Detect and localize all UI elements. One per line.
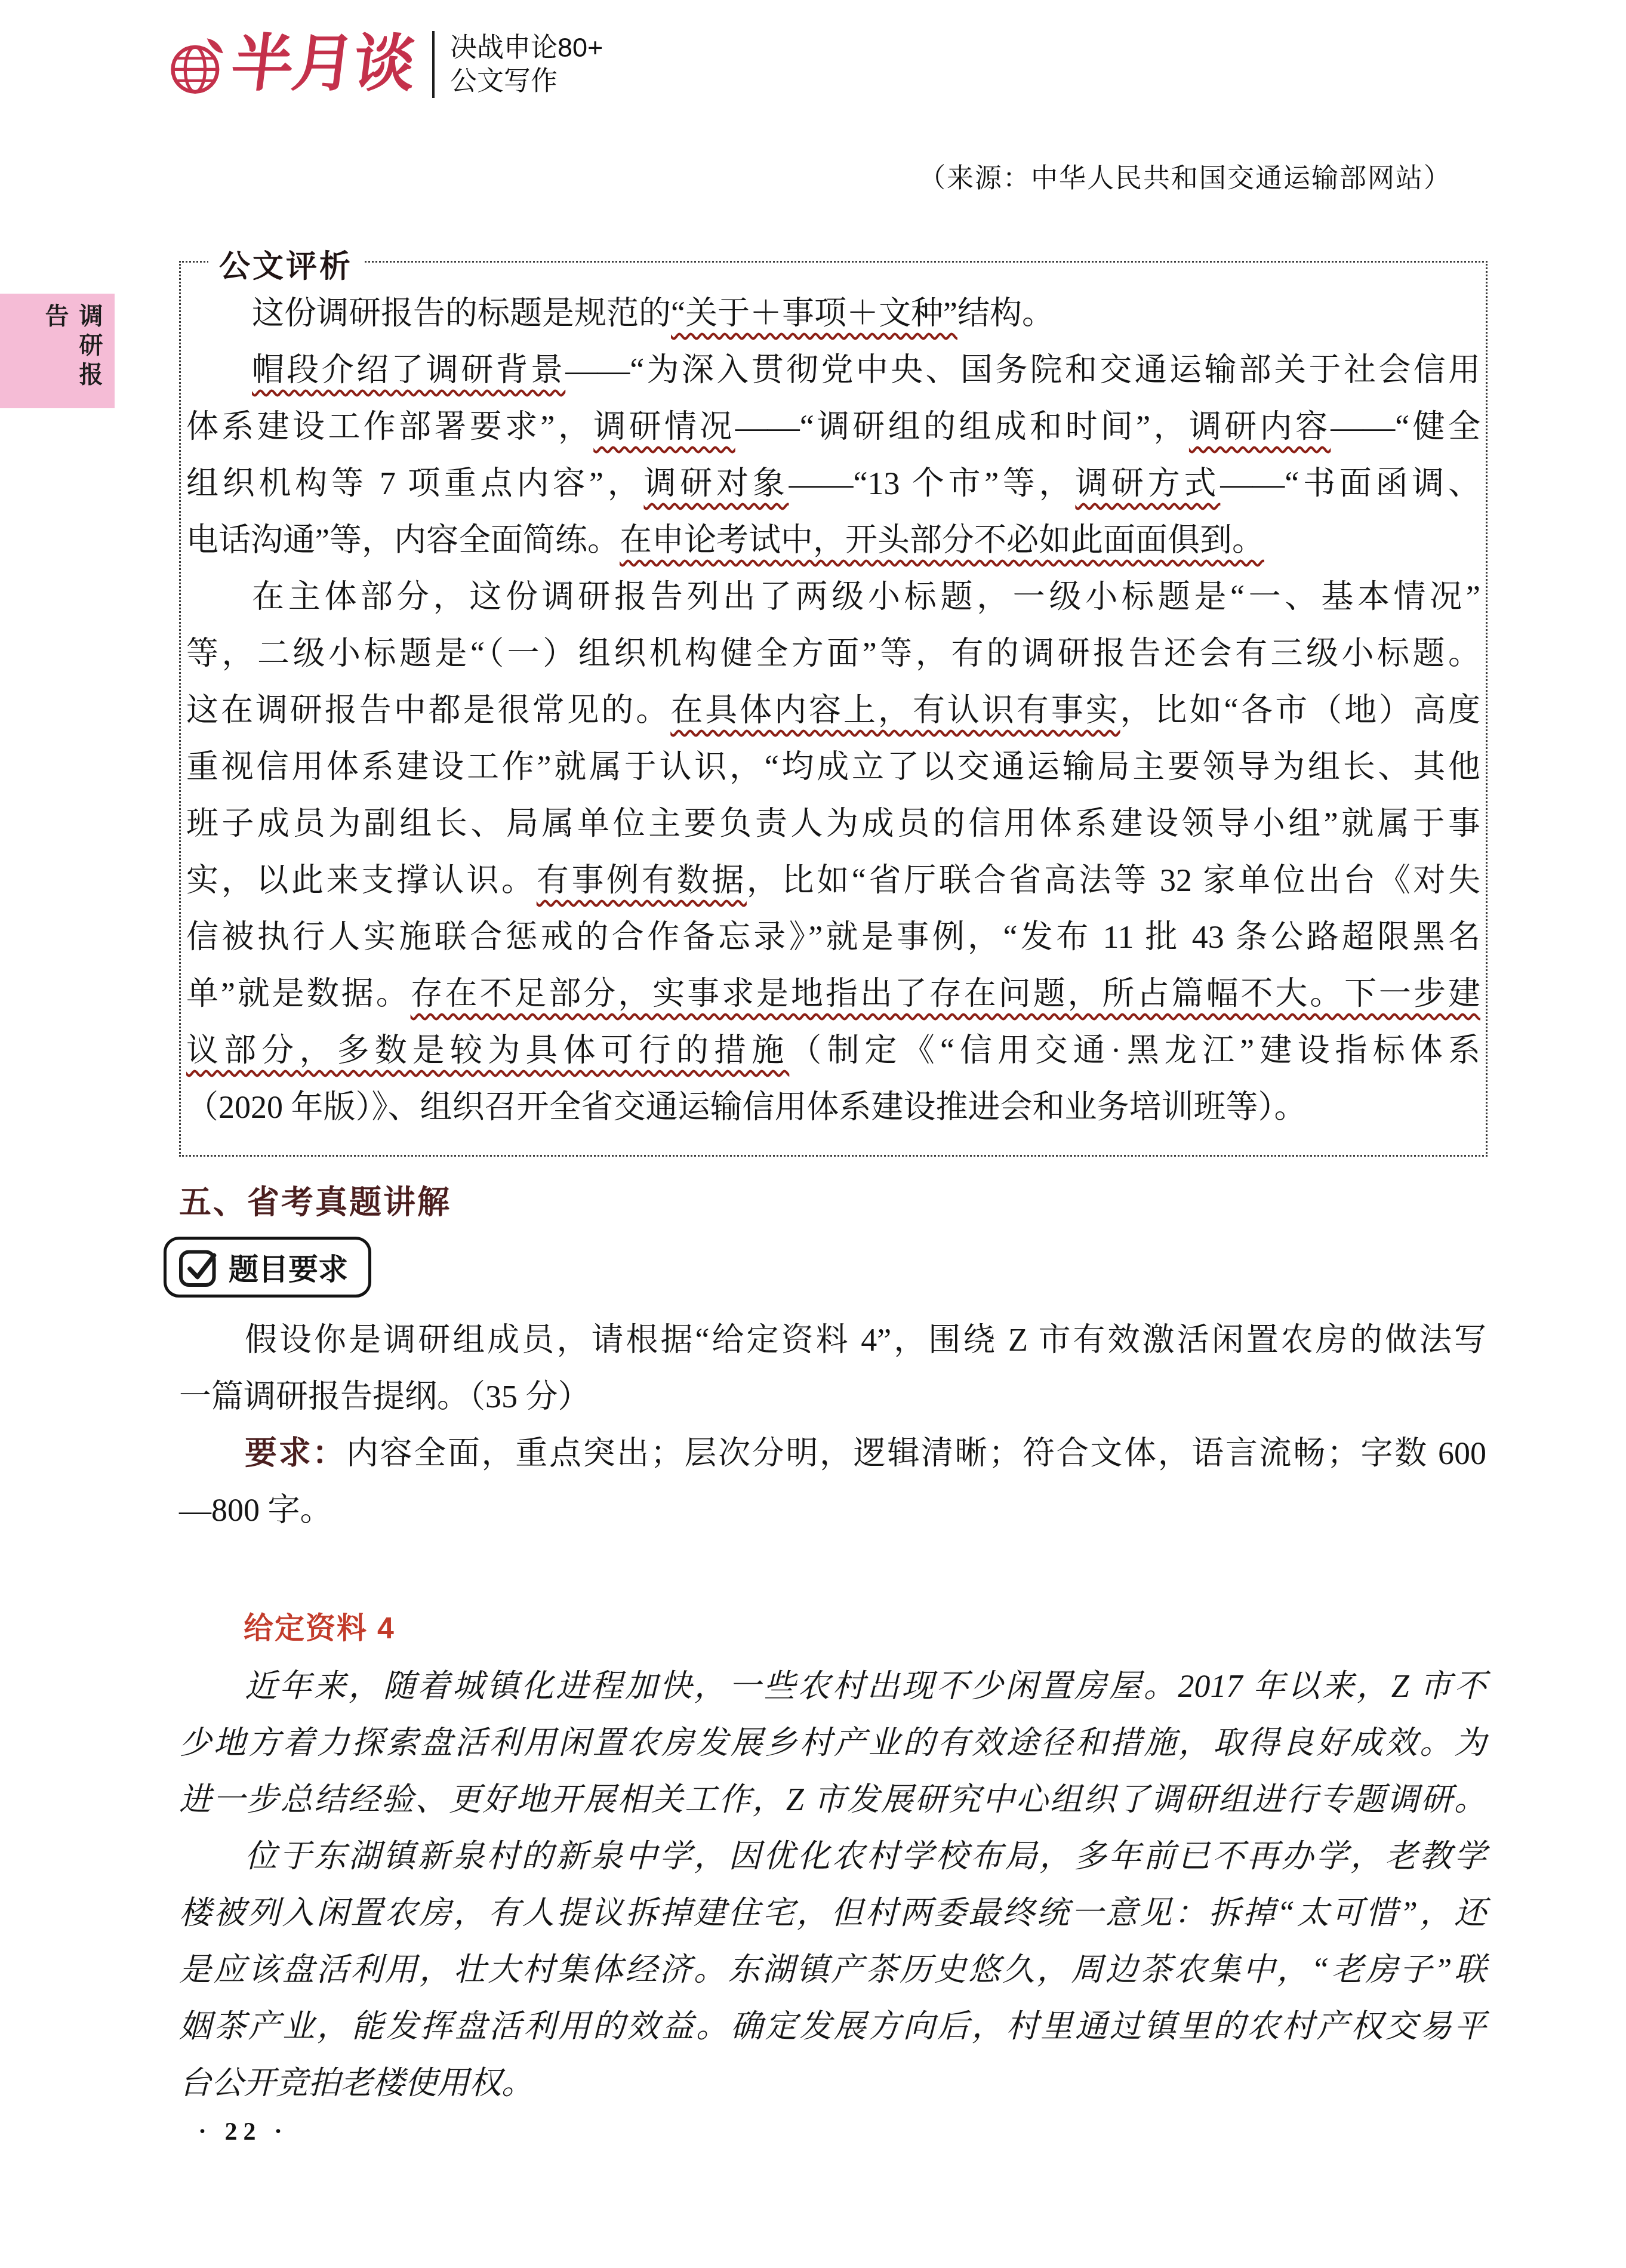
text-line: 进一步总结经验、更好地开展相关工作，Z 市发展研究中心组织了调研组进行专题调研。: [179, 1771, 1486, 1828]
chapter-side-tab-label: 调研报告: [38, 303, 106, 408]
text-line: 近年来，随着城镇化进程加快，一些农村出现不少闲置房屋。2017 年以来，Z 市不: [179, 1658, 1486, 1715]
book-page: 半月谈 决战申论80+ 公文写作 （来源：中华人民共和国交通运输部网站） 调研报…: [0, 0, 1626, 2268]
book-subtitle: 公文写作: [450, 64, 603, 98]
checkmark-icon: [177, 1246, 220, 1289]
requirement-badge: 题目要求: [164, 1237, 371, 1298]
material-text: 近年来，随着城镇化进程加快，一些农村出现不少闲置房屋。2017 年以来，Z 市不…: [179, 1658, 1486, 2112]
text-line: 议部分，多数是较为具体可行的措施（制定《“信用交通·黑龙江”建设指标体系: [186, 1022, 1480, 1079]
chapter-side-tab: 调研报告: [0, 294, 115, 408]
book-series-title: 决战申论80+: [450, 31, 603, 64]
text-line: 楼被列入闲置农房，有人提议拆掉建住宅，但村两委最终统一意见：拆掉“太可惜”，还: [179, 1885, 1486, 1942]
text-line: 姻茶产业，能发挥盘活利用的效益。确定发展方向后，村里通过镇里的农村产权交易平: [179, 1998, 1486, 2055]
header-divider: [432, 31, 435, 98]
page-header: 半月谈 决战申论80+ 公文写作: [166, 31, 603, 98]
question-text: 假设你是调研组成员，请根据“给定资料 4”，围绕 Z 市有效激活闲置农房的做法写…: [179, 1312, 1486, 1539]
requirement-badge-label: 题目要求: [229, 1246, 348, 1289]
analysis-text: 这份调研报告的标题是规范的“关于＋事项＋文种”结构。帽段介绍了调研背景——“为深…: [186, 285, 1480, 1136]
text-line: 台公开竞拍老楼使用权。: [179, 2055, 1486, 2112]
text-line: 重视信用体系建设工作”就属于认识，“均成立了以交通运输局主要领导为组长、其他: [186, 739, 1480, 796]
header-book-titles: 决战申论80+ 公文写作: [450, 31, 603, 98]
brand-logo-text: 半月谈: [228, 33, 418, 95]
text-line: 班子成员为副组长、局属单位主要负责人为成员的信用体系建设领导小组”就属于事: [186, 796, 1480, 852]
source-attribution: （来源：中华人民共和国交通运输部网站）: [919, 156, 1452, 195]
section-heading-exam: 五、省考真题讲解: [179, 1177, 451, 1223]
text-line: 信被执行人实施联合惩戒的合作备忘录》”就是事例，“发布 11 批 43 条公路超…: [186, 909, 1480, 966]
material-heading: 给定资料 4: [244, 1604, 395, 1647]
text-line: 是应该盘活利用，壮大村集体经济。东湖镇产茶历史悠久，周边茶农集中，“老房子”联: [179, 1942, 1486, 1998]
text-line: 假设你是调研组成员，请根据“给定资料 4”，围绕 Z 市有效激活闲置农房的做法写: [179, 1312, 1486, 1369]
text-line: 一篇调研报告提纲。（35 分）: [179, 1369, 1486, 1425]
analysis-box: 公文评析 这份调研报告的标题是规范的“关于＋事项＋文种”结构。帽段介绍了调研背景…: [179, 261, 1488, 1157]
text-line: —800 字。: [179, 1482, 1486, 1539]
text-line: （2020 年版）》、组织召开全省交通运输信用体系建设推进会和业务培训班等）。: [186, 1079, 1480, 1136]
page-number: · 22 ·: [198, 2118, 288, 2146]
text-line: 要求：内容全面，重点突出；层次分明，逻辑清晰；符合文体，语言流畅；字数 600: [179, 1425, 1486, 1482]
text-line: 在主体部分，这份调研报告列出了两级小标题，一级小标题是“一、基本情况”: [186, 569, 1480, 625]
text-line: 组织机构等 7 项重点内容”，调研对象——“13 个市”等，调研方式——“书面函…: [186, 455, 1480, 512]
text-line: 位于东湖镇新泉村的新泉中学，因优化农村学校布局，多年前已不再办学，老教学: [179, 1828, 1486, 1885]
text-line: 这份调研报告的标题是规范的“关于＋事项＋文种”结构。: [186, 285, 1480, 342]
text-line: 实，以此来支撑认识。有事例有数据，比如“省厅联合省高法等 32 家单位出台《对失: [186, 852, 1480, 909]
text-line: 单”就是数据。存在不足部分，实事求是地指出了存在问题，所占篇幅不大。下一步建: [186, 966, 1480, 1022]
analysis-box-title: 公文评析: [208, 241, 364, 286]
globe-icon: [166, 33, 228, 95]
text-line: 等，二级小标题是“（一）组织机构健全方面”等，有的调研报告还会有三级小标题。: [186, 625, 1480, 682]
text-line: 少地方着力探索盘活利用闲置农房发展乡村产业的有效途径和措施，取得良好成效。为: [179, 1715, 1486, 1771]
text-line: 体系建设工作部署要求”，调研情况——“调研组的组成和时间”，调研内容——“健全: [186, 399, 1480, 455]
text-line: 帽段介绍了调研背景——“为深入贯彻党中央、国务院和交通运输部关于社会信用: [186, 342, 1480, 399]
text-line: 电话沟通”等，内容全面简练。在申论考试中，开头部分不必如此面面俱到。: [186, 512, 1480, 569]
text-line: 这在调研报告中都是很常见的。在具体内容上，有认识有事实，比如“各市（地）高度: [186, 682, 1480, 739]
